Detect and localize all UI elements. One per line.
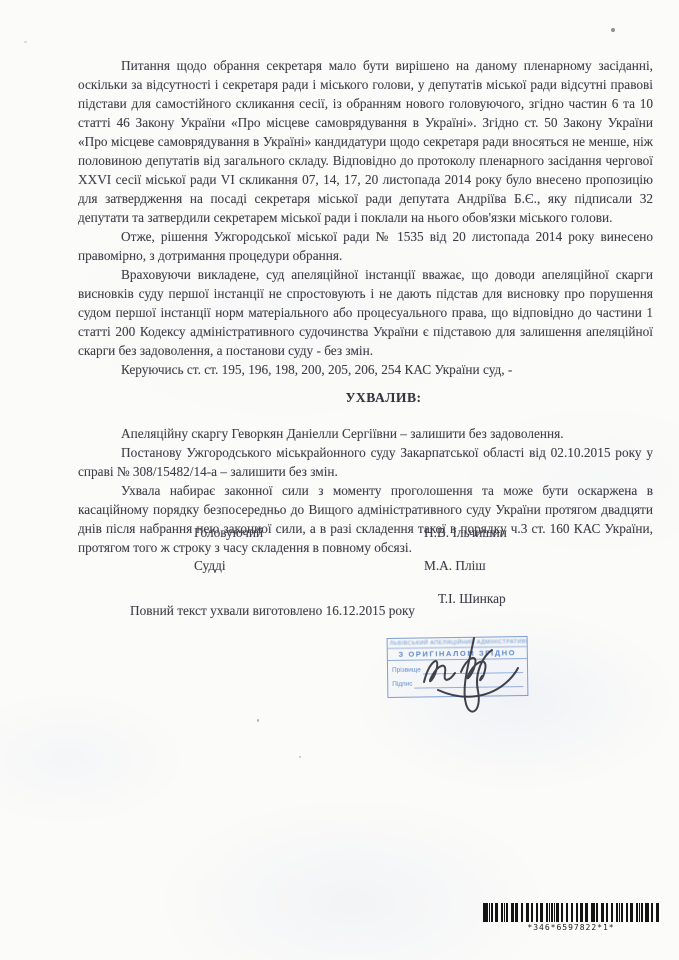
signature-row-judge-1: Судді М.А. Пліш: [0, 556, 679, 575]
handwritten-signature: [410, 626, 525, 721]
signature-name: М.А. Пліш: [424, 556, 486, 575]
signature-role: Судді: [194, 556, 226, 575]
signature-name: Т.І. Шинкар: [438, 589, 506, 608]
paragraph-appeal-dismissed: Апеляційну скаргу Геворкян Даніелли Серг…: [78, 424, 653, 443]
scan-speck: [257, 719, 259, 722]
signature-name: Н.В. Ільчишин: [424, 523, 507, 542]
paragraph-legal-basis: Керуючись ст. ст. 195, 196, 198, 200, 20…: [78, 360, 653, 379]
signature-row-presiding: Головуючий Н.В. Ільчишин: [0, 523, 679, 542]
scan-speck: [299, 756, 301, 758]
signature-role: Головуючий: [194, 523, 263, 542]
scan-speck: [24, 41, 27, 43]
scanned-court-ruling-page: Питання щодо обрання секретаря мало бути…: [0, 0, 679, 960]
full-text-date-note: Повний текст ухвали виготовлено 16.12.20…: [130, 601, 415, 620]
ruling-heading: УХВАЛИВ:: [78, 388, 653, 407]
paragraph-appeal-assessment: Враховуючи викладене, суд апеляційної ін…: [78, 265, 653, 360]
paragraph-entry-into-force: Ухвала набирає законної сили з моменту п…: [78, 481, 653, 557]
paragraph-plenary-session: Питання щодо обрання секретаря мало бути…: [78, 56, 653, 227]
scan-speck: [611, 28, 615, 32]
ruling-text-block: Питання щодо обрання секретаря мало бути…: [78, 56, 653, 557]
barcode-block: *346*6597822*1*: [483, 903, 659, 933]
barcode-text: *346*6597822*1*: [483, 923, 659, 933]
paragraph-decision-upheld: Постанову Ужгородського міськрайонного с…: [78, 443, 653, 481]
paragraph-decision-lawful: Отже, рішення Ужгородської міської ради …: [78, 227, 653, 265]
barcode: [483, 903, 659, 922]
